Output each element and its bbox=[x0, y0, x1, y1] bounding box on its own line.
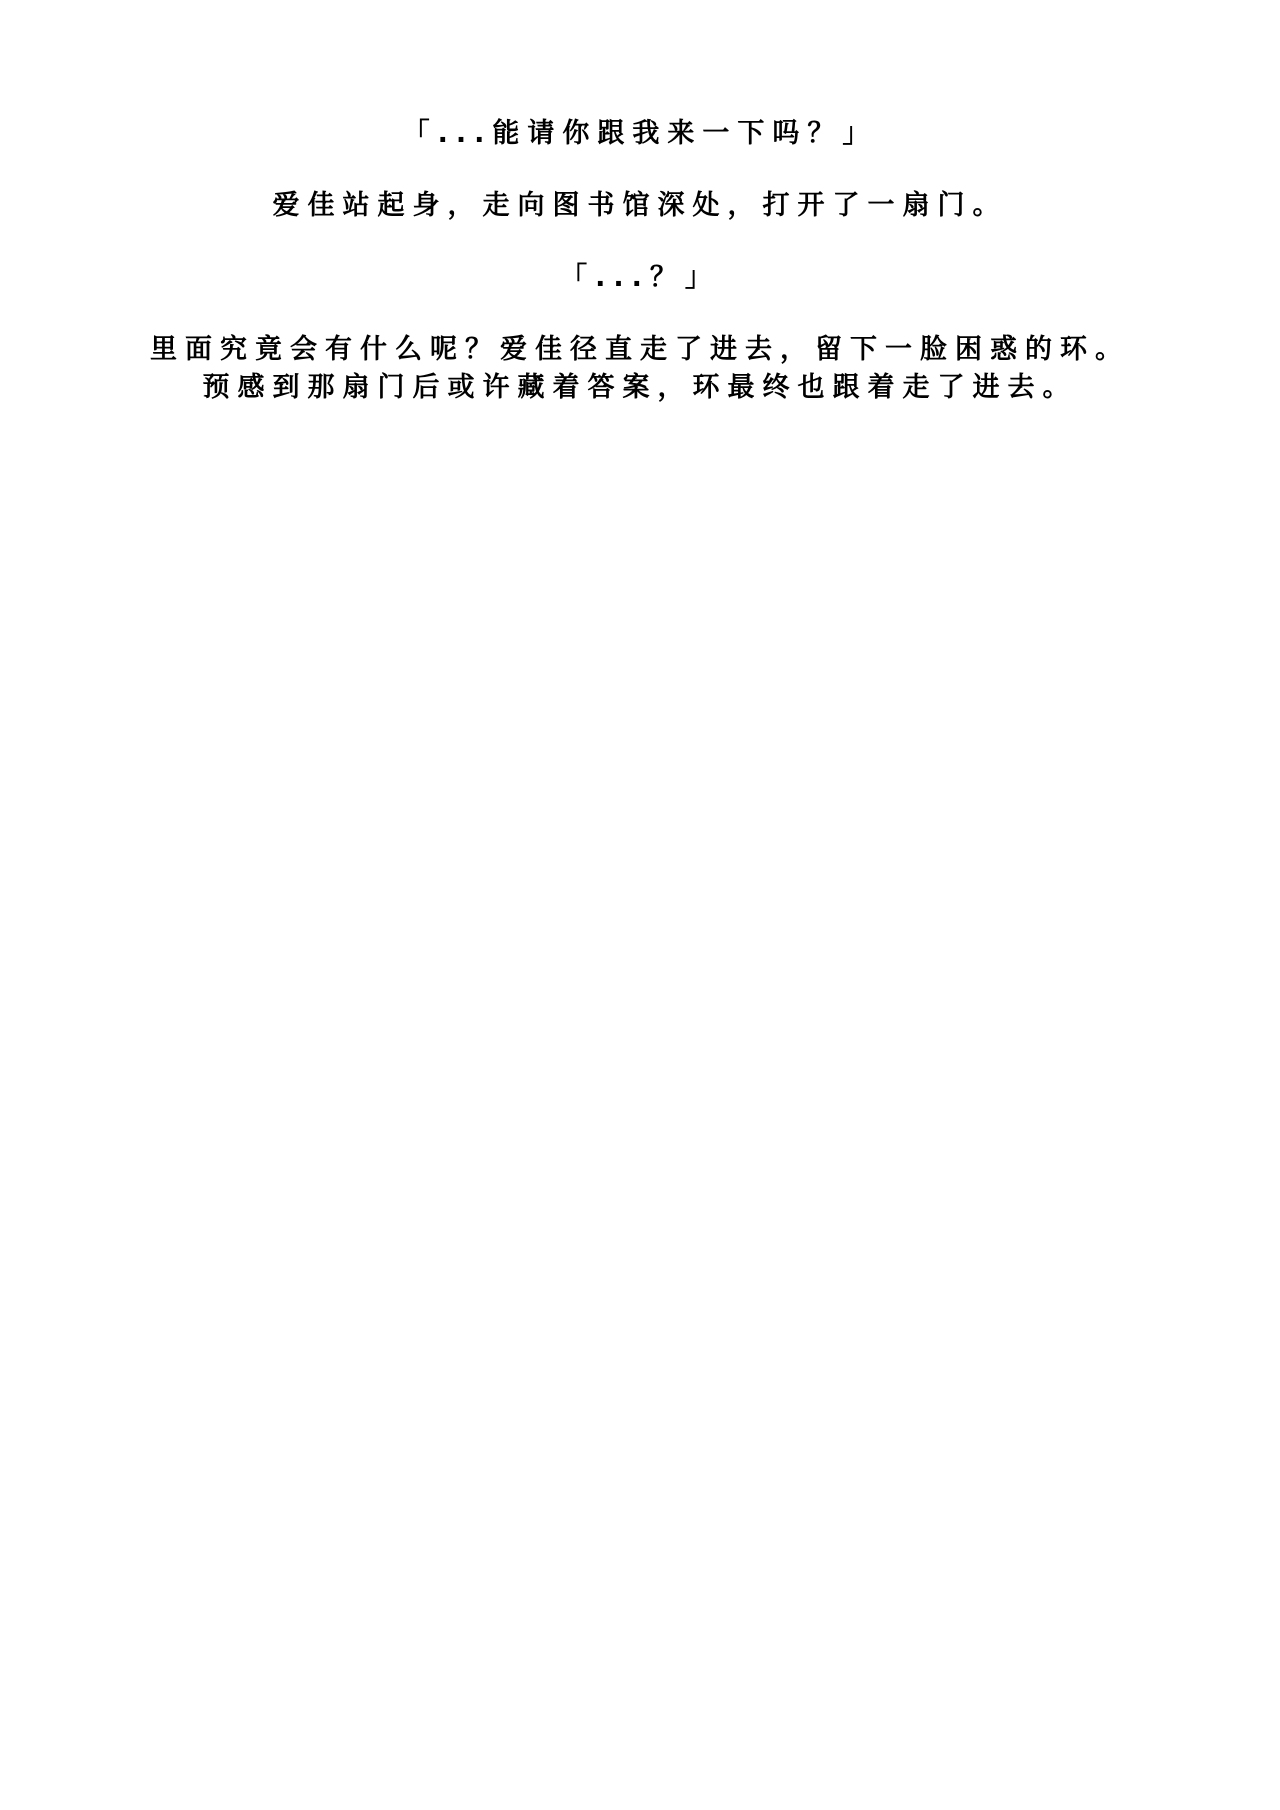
story-page: 「...能请你跟我来一下吗？」 爱佳站起身，走向图书馆深处，打开了一扇门。 「.… bbox=[0, 0, 1280, 1810]
narration-open-door: 爱佳站起身，走向图书馆深处，打开了一扇门。 bbox=[0, 188, 1280, 224]
narration-line-2: 预感到那扇门后或许藏着答案，环最终也跟着走了进去。 bbox=[0, 370, 1280, 406]
dialogue-request: 「...能请你跟我来一下吗？」 bbox=[0, 116, 1280, 152]
narration-line-1: 里面究竟会有什么呢？爱佳径直走了进去，留下一脸困惑的环。 bbox=[0, 332, 1280, 368]
dialogue-question: 「...？」 bbox=[0, 260, 1280, 296]
